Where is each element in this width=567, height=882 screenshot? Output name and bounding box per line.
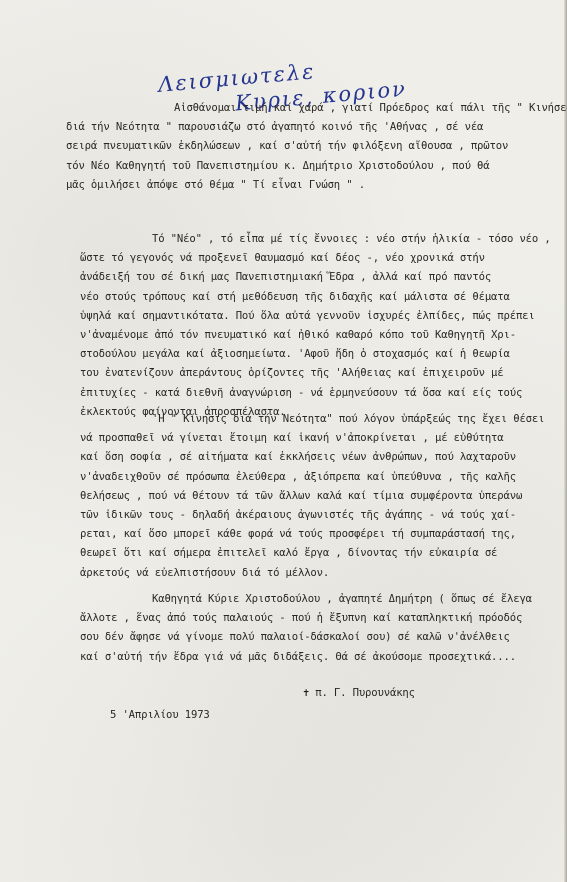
text-line: σου δέν ἄφησε νά γίνομε πολύ παλαιοί-δάσ… [80,628,532,647]
text-line: θελήσεως , πού νά θέτουν τά τῶν ἄλλων κα… [80,487,544,506]
text-line: ν'ἀναδειχθοῦν σέ πρόσωπα ἐλεύθερα , ἀξιό… [80,468,544,487]
text-line: διά τήν Νεότητα " παρουσιάζω στό ἀγαπητό… [66,118,567,137]
text-line: ὥστε τό γεγονός νά προξενεῖ θαυμασμό καί… [80,249,551,268]
paragraph-neo: Τό "Νέο" , τό εἶπα μέ τίς ἔννοιες : νέο … [104,230,551,422]
document-date: 5 'Απριλίου 1973 [110,706,210,725]
text-line: νέο στούς τρόπους καί στή μεθόδευση τῆς … [80,288,551,307]
text-line: τῶν ἰδικῶν τους - δηλαδή ἀκέραιους ἀγωνι… [80,506,544,525]
text-line: καί σ'αὐτή τήν ἕδρα γιά νά μᾶς διδάξεις.… [80,648,532,667]
text-line: καί ὅση σοφία , σέ αἰτήματα καί ἐκκλήσει… [80,448,544,467]
text-line: τόν Νέο Καθηγητή τοῦ Πανεπιστημίου κ. Δη… [66,157,567,176]
cross-icon: ✝ [303,687,309,699]
paragraph-introduction: Αἰσθάνομαι τιμή καί χαρά , γιατί Πρόεδρο… [104,99,567,195]
signature-name: π. Γ. Πυρουνάκης [315,687,415,699]
text-line: στοδούλου μεγάλα καί ἀξιοσημείωτα. 'Αφοῦ… [80,345,551,364]
paragraph-address-professor: Καθηγητά Κύριε Χριστοδούλου , ἀγαπητέ Δη… [104,590,532,667]
text-line: ν'ἀναμένομε ἀπό τόν πνευματικό καί ἠθικό… [80,326,551,345]
text-line: μᾶς ὁμιλήσει ἀπόψε στό θέμα " Τί εἶναι Γ… [66,176,567,195]
text-line: θεωρεῖ ὅτι καί σήμερα ἐπιτελεῖ καλό ἔργα… [80,544,544,563]
text-line: σειρά πνευματικῶν ἐκδηλώσεων , καί σ'αὐτ… [66,137,567,156]
text-line: ἐπιτυχίες - κατά διεθνῆ ἀναγνώριση - νά … [80,384,551,403]
paragraph-kinisis: 'Η " Κίνησις διά τήν Νεότητα" πού λόγον … [104,410,544,583]
text-line: του ἐνατενίζουν ἀπεράντους ὁρίζοντες τῆς… [80,364,551,383]
text-line: ἄλλοτε , ἕνας ἀπό τούς παλαιούς - πού ἡ … [80,609,532,628]
text-line: ρεται, καί ὅσο μπορεῖ κάθε φορά νά τούς … [80,525,544,544]
text-line: ἀνάδειξή του σέ δική μας Πανεπιστημιακή … [80,268,551,287]
text-line: Τό "Νέο" , τό εἶπα μέ τίς ἔννοιες : νέο … [104,230,551,249]
text-line: 'Η " Κίνησις διά τήν Νεότητα" πού λόγον … [104,410,544,429]
text-line: Αἰσθάνομαι τιμή καί χαρά , γιατί Πρόεδρο… [104,99,567,118]
text-line: ὑψηλά καί σημαντικότατα. Πού ὅλα αὐτά γε… [80,307,551,326]
text-line: νά προσπαθεῖ νά γίνεται ἕτοιμη καί ἱκανή… [80,429,544,448]
text-line: ἀρκετούς νά εὐελπιστήσουν διά τό μέλλον. [80,564,544,583]
document-page: Λεισμιωτελε Κυριε, κοριον Αἰσθάνομαι τιμ… [0,0,567,882]
signature: ✝π. Γ. Πυρουνάκης [303,684,415,703]
text-line: Καθηγητά Κύριε Χριστοδούλου , ἀγαπητέ Δη… [104,590,532,609]
